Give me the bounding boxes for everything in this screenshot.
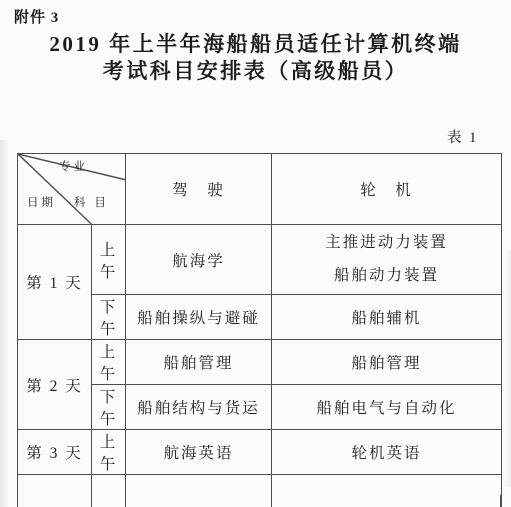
table-row: 第 2 天 上午 船舶管理 船舶管理 — [18, 340, 502, 385]
subject-cell-driving: 船舶管理 — [126, 340, 272, 385]
table-row: 第 1 天 上午 航海学 主推进动力装置 船舶动力装置 — [18, 225, 502, 295]
time-cell-afternoon: 下午 — [92, 295, 126, 340]
corner-label-subject: 科 目 — [74, 194, 109, 210]
time-cell-morning: 上午 — [92, 340, 126, 385]
corner-label-date: 日期 — [27, 194, 56, 210]
subject-cell-driving: 船舶结构与货运 — [126, 385, 272, 430]
header-row: 专业 科 目 日期 驾 驶 轮 机 — [18, 154, 502, 225]
subject-cell-driving: 航海英语 — [126, 430, 272, 475]
scan-edge-shadow-left — [0, 140, 9, 507]
subject-cell-driving: 船舶操纵与避碰 — [126, 295, 272, 340]
title-line-2: 考试科目安排表（高级船员） — [0, 58, 511, 85]
corner-header-cell: 专业 科 目 日期 — [18, 154, 126, 225]
document-title: 2019 年上半年海船船员适任计算机终端 考试科目安排表（高级船员） — [0, 31, 511, 85]
exam-schedule-table: 专业 科 目 日期 驾 驶 轮 机 第 1 天 上午 航海学 主推进动力装置 船… — [17, 153, 502, 507]
subject-cell-engine: 船舶电气与自动化 — [272, 385, 502, 430]
table-row: 第 3 天 上午 航海英语 轮机英语 — [18, 430, 502, 475]
day-2-label: 第 2 天 — [18, 340, 92, 430]
subject-cell-driving: 航海学 — [126, 225, 272, 295]
table-caption: 表 1 — [447, 126, 478, 147]
time-cell-afternoon: 下午 — [92, 385, 126, 430]
subject-cell-engine: 主推进动力装置 船舶动力装置 — [272, 225, 502, 295]
subject-cell-engine: 轮机英语 — [272, 430, 502, 475]
time-cell-morning: 上午 — [92, 430, 126, 475]
scan-edge-shadow-right — [505, 250, 511, 487]
corner-label-major: 专业 — [59, 158, 88, 174]
column-header-driving: 驾 驶 — [126, 154, 272, 225]
subject-cell-engine: 船舶管理 — [272, 340, 502, 385]
document-page: 附件 3 2019 年上半年海船船员适任计算机终端 考试科目安排表（高级船员） … — [0, 0, 511, 507]
column-header-engine: 轮 机 — [272, 154, 502, 225]
title-line-1: 2019 年上半年海船船员适任计算机终端 — [0, 31, 511, 58]
subject-line: 主推进动力装置 — [272, 235, 501, 251]
subject-cell-engine: 船舶辅机 — [272, 295, 502, 340]
table-continuation-cutoff — [17, 495, 501, 507]
time-cell-morning: 上午 — [92, 225, 126, 295]
attachment-label: 附件 3 — [14, 6, 59, 27]
subject-line: 船舶动力装置 — [272, 268, 501, 284]
day-1-label: 第 1 天 — [18, 225, 92, 340]
day-3-label: 第 3 天 — [18, 430, 92, 475]
